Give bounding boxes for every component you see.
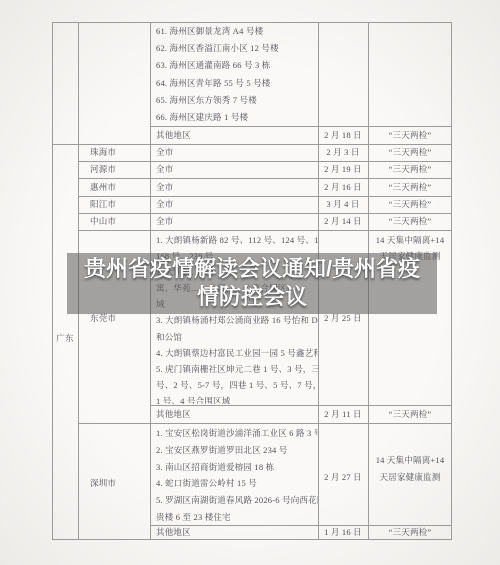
measure-cell: “三天两检” <box>368 144 452 161</box>
date-cell: 2 月 3 日 <box>318 144 368 161</box>
other-area-label: 其他地区 <box>156 405 314 423</box>
measure-cell: “三天两检” <box>368 126 452 144</box>
measure-cell: “三天两检” <box>368 213 452 230</box>
city-name: 阳江市 <box>90 196 148 213</box>
date-cell: 2 月 14 日 <box>318 213 368 230</box>
measure-cell: “三天两检” <box>368 178 452 196</box>
measure-cell: “三天两检” <box>368 196 452 213</box>
page-title: 贵州省疫情解读会议通知/贵州省疫情防控会议 <box>67 253 437 311</box>
other-area-label: 其他地区 <box>156 126 314 144</box>
grid-line-v <box>52 22 53 540</box>
date-cell: 2 月 19 日 <box>318 161 368 178</box>
province-label: 广东 <box>52 330 78 346</box>
grid-line-h <box>78 230 452 231</box>
city-name: 中山市 <box>90 213 148 230</box>
date-cell: 2 月 27 日 <box>318 469 368 485</box>
scope-cell: 全市 <box>156 144 256 161</box>
scope-cell: 全市 <box>156 213 256 230</box>
city-name: 河源市 <box>90 161 148 178</box>
date-cell: 3 月 4 日 <box>318 196 368 213</box>
date-cell: 1 月 16 日 <box>318 525 368 539</box>
other-area-label: 其他地区 <box>156 525 314 539</box>
area-list-top: 61. 海州区御景龙湾 A4 号楼62. 海州区香溢江南小区 12 号楼63. … <box>156 23 318 125</box>
city-name: 深圳市 <box>90 475 148 491</box>
grid-line-h <box>78 423 452 424</box>
date-cell: 2 月 18 日 <box>318 126 368 144</box>
city-name: 珠海市 <box>90 144 148 161</box>
measure-cell: “三天两检” <box>368 161 452 178</box>
measure-cell: “三天两检” <box>368 405 452 423</box>
measure-cell: “三天两检” <box>368 525 452 539</box>
scope-cell: 全市 <box>156 178 256 196</box>
measure-cell: 14 天集中隔离+14天居家健康监测 <box>368 452 452 486</box>
scope-cell: 全市 <box>156 196 256 213</box>
scope-cell: 全市 <box>156 161 256 178</box>
area-list-shenzhen: 1. 宝安区松岗街道沙浦洋涌工业区 6 路 3 号、2. 宝安区燕罗街道罗田北区… <box>156 425 318 524</box>
date-cell: 2 月 11 日 <box>318 405 368 423</box>
city-name: 惠州市 <box>90 178 148 196</box>
title-overlay-banner: 贵州省疫情解读会议通知/贵州省疫情防控会议 <box>67 253 437 314</box>
date-cell: 2 月 16 日 <box>318 178 368 196</box>
